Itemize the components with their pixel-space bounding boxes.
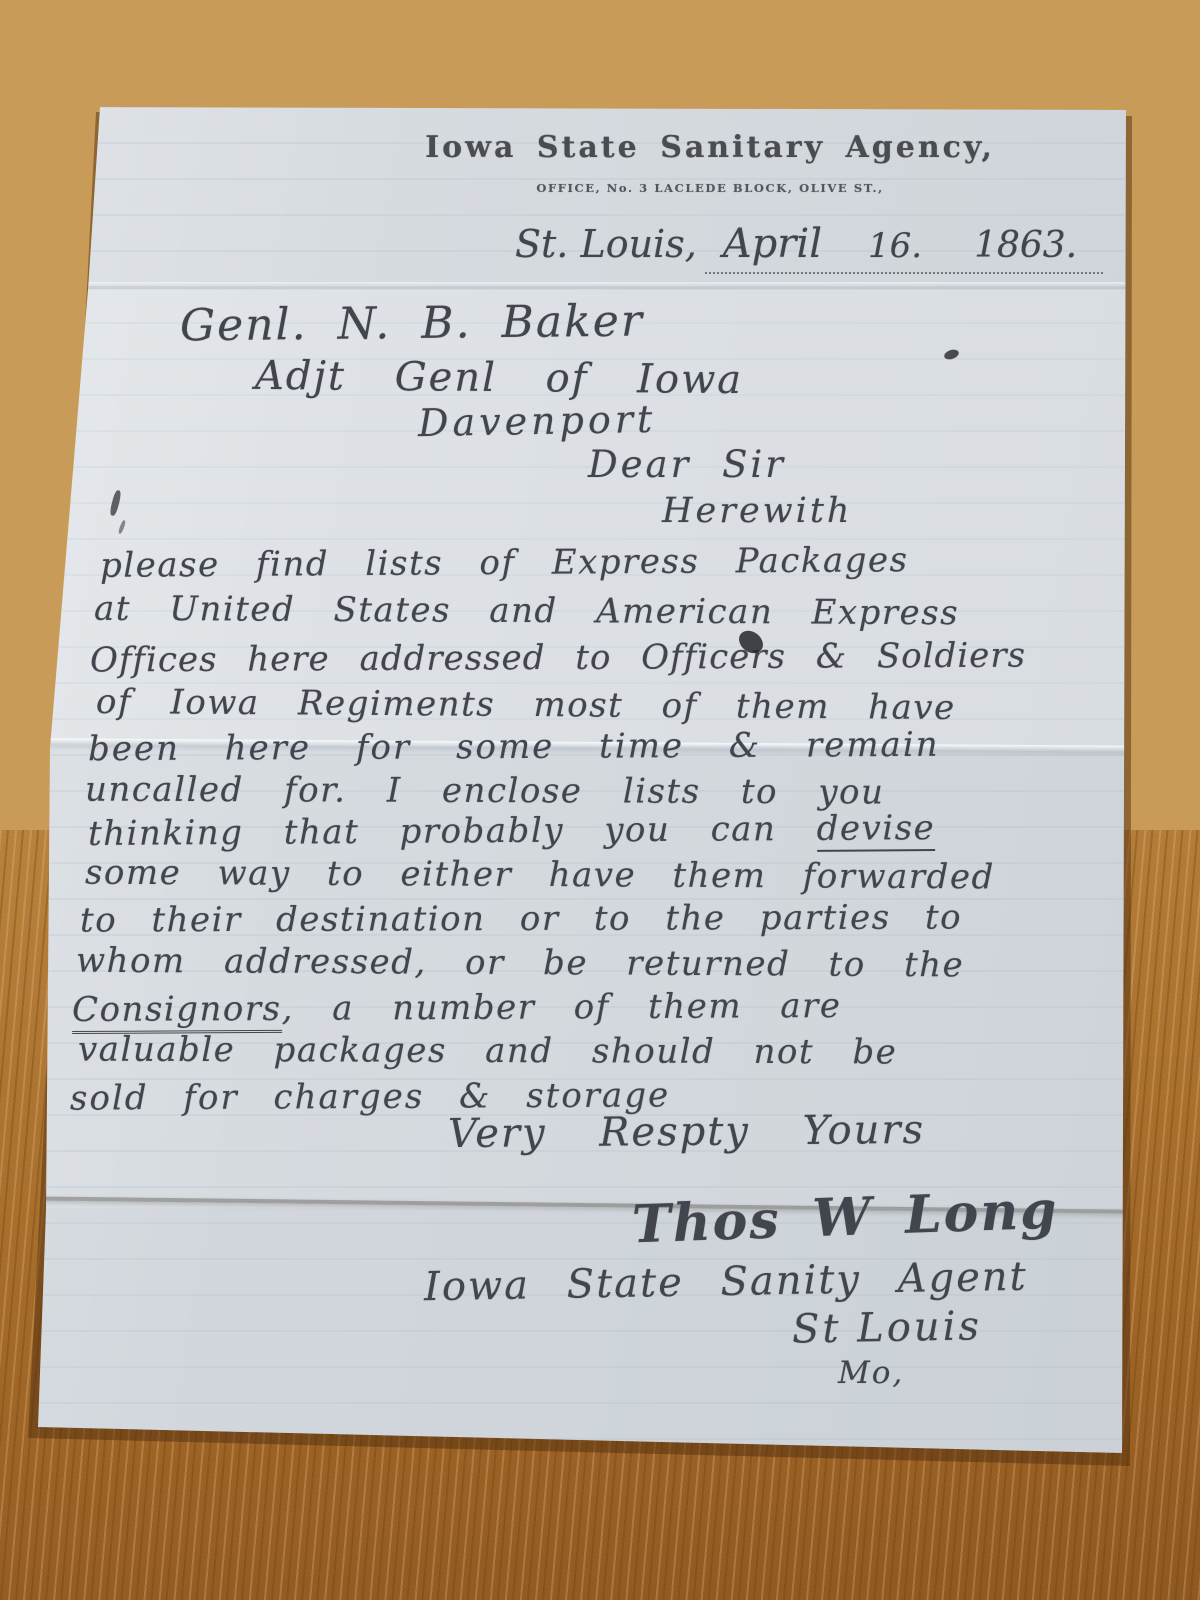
address-city: Davenport [418, 400, 657, 442]
address-recipient-title: Adjt Genl of Iowa [255, 356, 743, 400]
body-line: to their destination or to the parties t… [80, 900, 962, 937]
body-line-consignors: Consignors, a number of them are [72, 989, 842, 1027]
body-line-consignors-underlined: Consignors [72, 989, 282, 1034]
fold-lower-band [0, 1208, 1200, 1458]
signer-state: Mo, [838, 1358, 904, 1389]
valediction: Very Respty Yours [448, 1110, 925, 1154]
signer-title: Iowa State Sanity Agent [424, 1257, 1028, 1308]
fold-crease-top [0, 282, 1200, 289]
dateline: St. Louis,April16.1863. [515, 224, 1103, 274]
body-line: been here for some time & remain [88, 728, 940, 766]
letterhead-office-line: OFFICE, No. 3 LACLEDE BLOCK, OLIVE ST., [420, 181, 1000, 195]
body-line-devise-underlined: devise [817, 808, 936, 852]
signature: Thos W Long [631, 1185, 1059, 1252]
dateline-day: 16. [868, 226, 922, 266]
dateline-place: St. Louis, [515, 222, 697, 266]
body-line: whom addressed, or be returned to the [76, 944, 964, 983]
body-line: of Iowa Regiments most of them have [96, 685, 956, 725]
letter-paper: Iowa State Sanitary Agency, OFFICE, No. … [0, 0, 1200, 1600]
address-recipient: Genl. N. B. Baker [180, 300, 644, 349]
signer-place: St Louis [792, 1306, 983, 1349]
letterhead-title: Iowa State Sanitary Agency, [420, 130, 1000, 165]
dateline-month: April [723, 221, 822, 267]
body-line-devise-pre: thinking that probably you can [88, 809, 817, 854]
body-line: valuable packages and should not be [78, 1033, 897, 1070]
body-line: please find lists of Express Packages [100, 543, 909, 583]
photo-of-letter: Iowa State Sanitary Agency, OFFICE, No. … [0, 0, 1200, 1600]
body-line: uncalled for. I enclose lists to you [85, 773, 885, 810]
body-line: some way to either have them forwarded [85, 856, 995, 895]
dateline-year: 1863. [974, 225, 1077, 266]
body-line-devise: thinking that probably you can devise [88, 811, 935, 851]
body-line: at United States and American Express [94, 592, 959, 631]
body-line: Offices here addressed to Officers & Sol… [90, 639, 1026, 678]
salutation: Dear Sir [588, 446, 786, 483]
body-opening: Herewith [662, 494, 852, 529]
dateline-rule: April16.1863. [705, 224, 1103, 274]
body-line-consignors-post: , a number of them are [281, 986, 841, 1029]
